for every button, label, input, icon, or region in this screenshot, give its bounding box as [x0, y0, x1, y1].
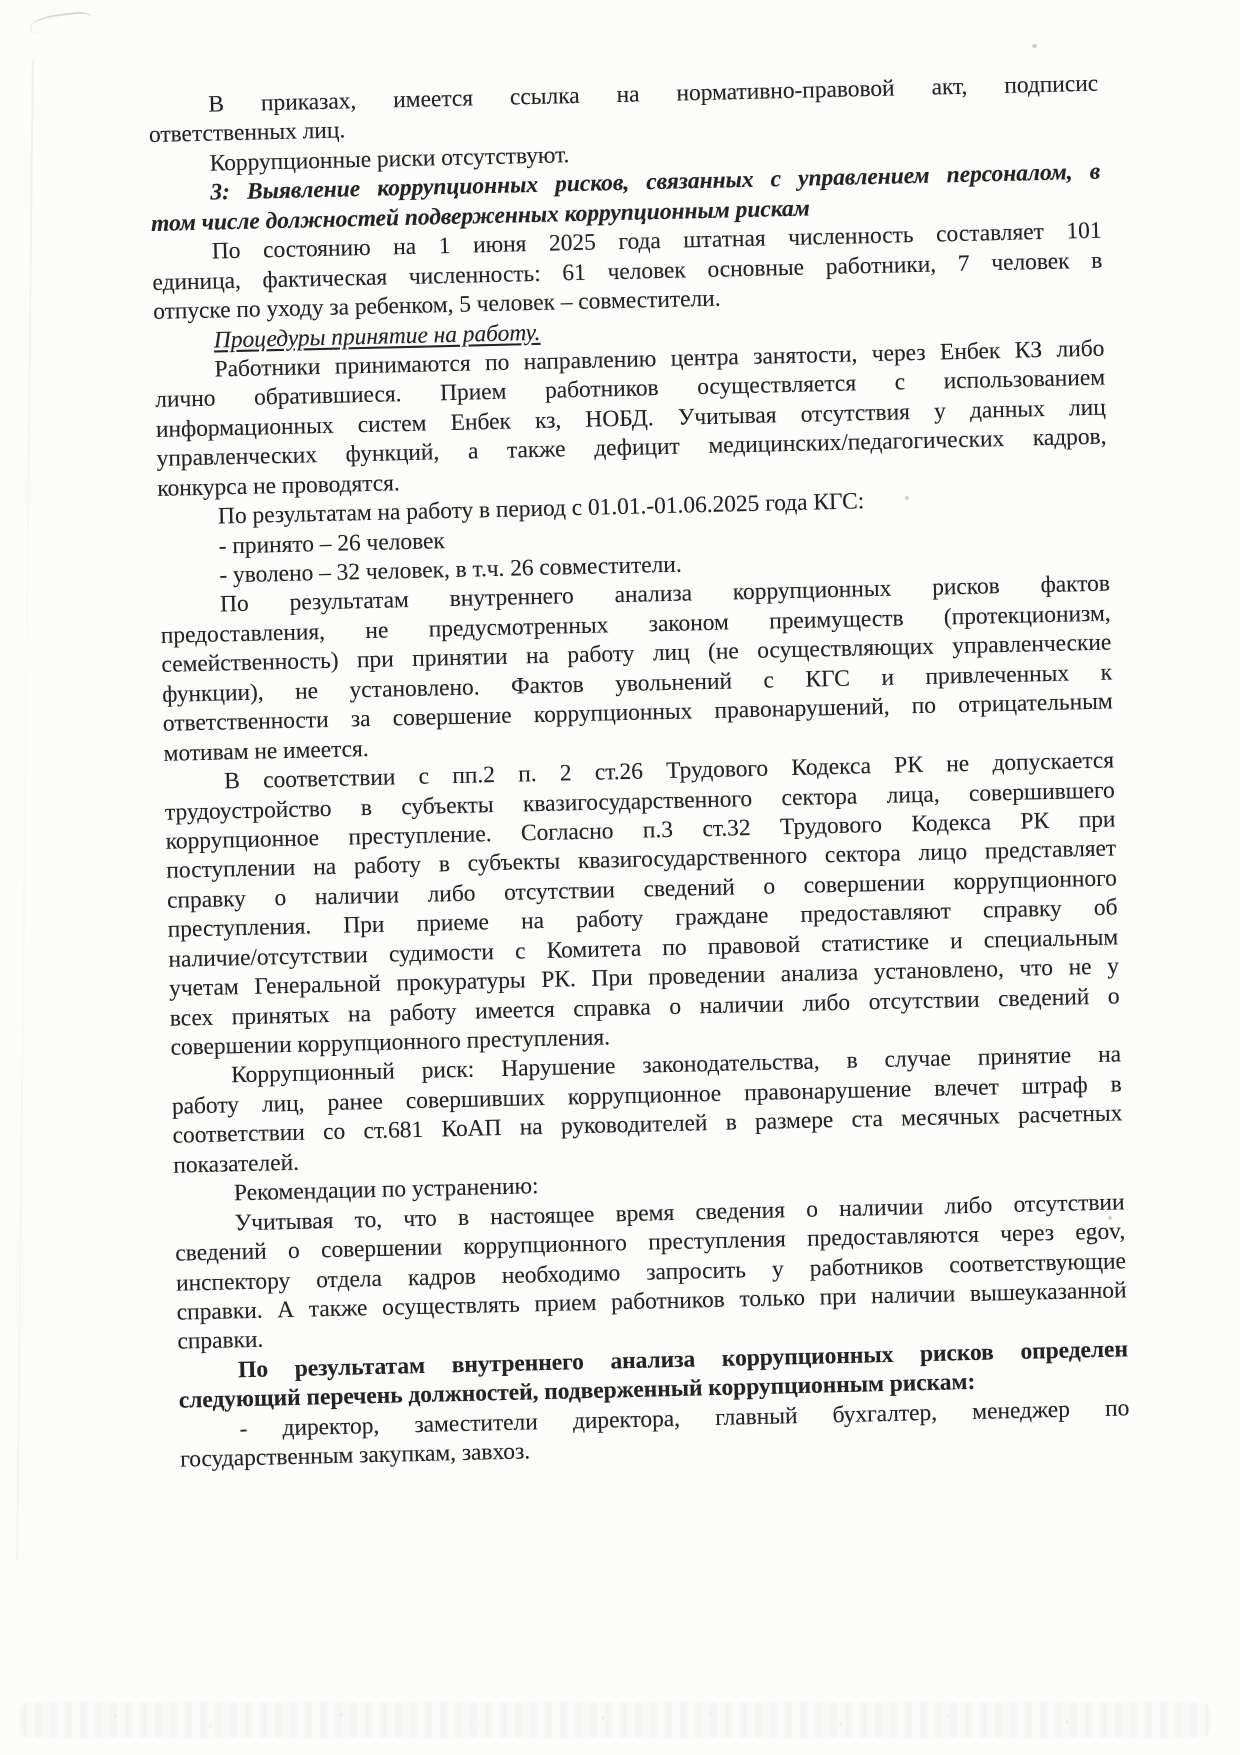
scanned-page: В приказах, имеется ссылка на нормативно… — [0, 0, 1240, 1755]
scan-noise-band — [20, 1702, 1210, 1738]
scan-edge-shadow — [16, 60, 34, 1560]
scan-speck — [1032, 44, 1037, 48]
document-text-block: В приказах, имеется ссылка на нормативно… — [148, 70, 1130, 1476]
scan-artifact-topleft — [28, 9, 92, 36]
